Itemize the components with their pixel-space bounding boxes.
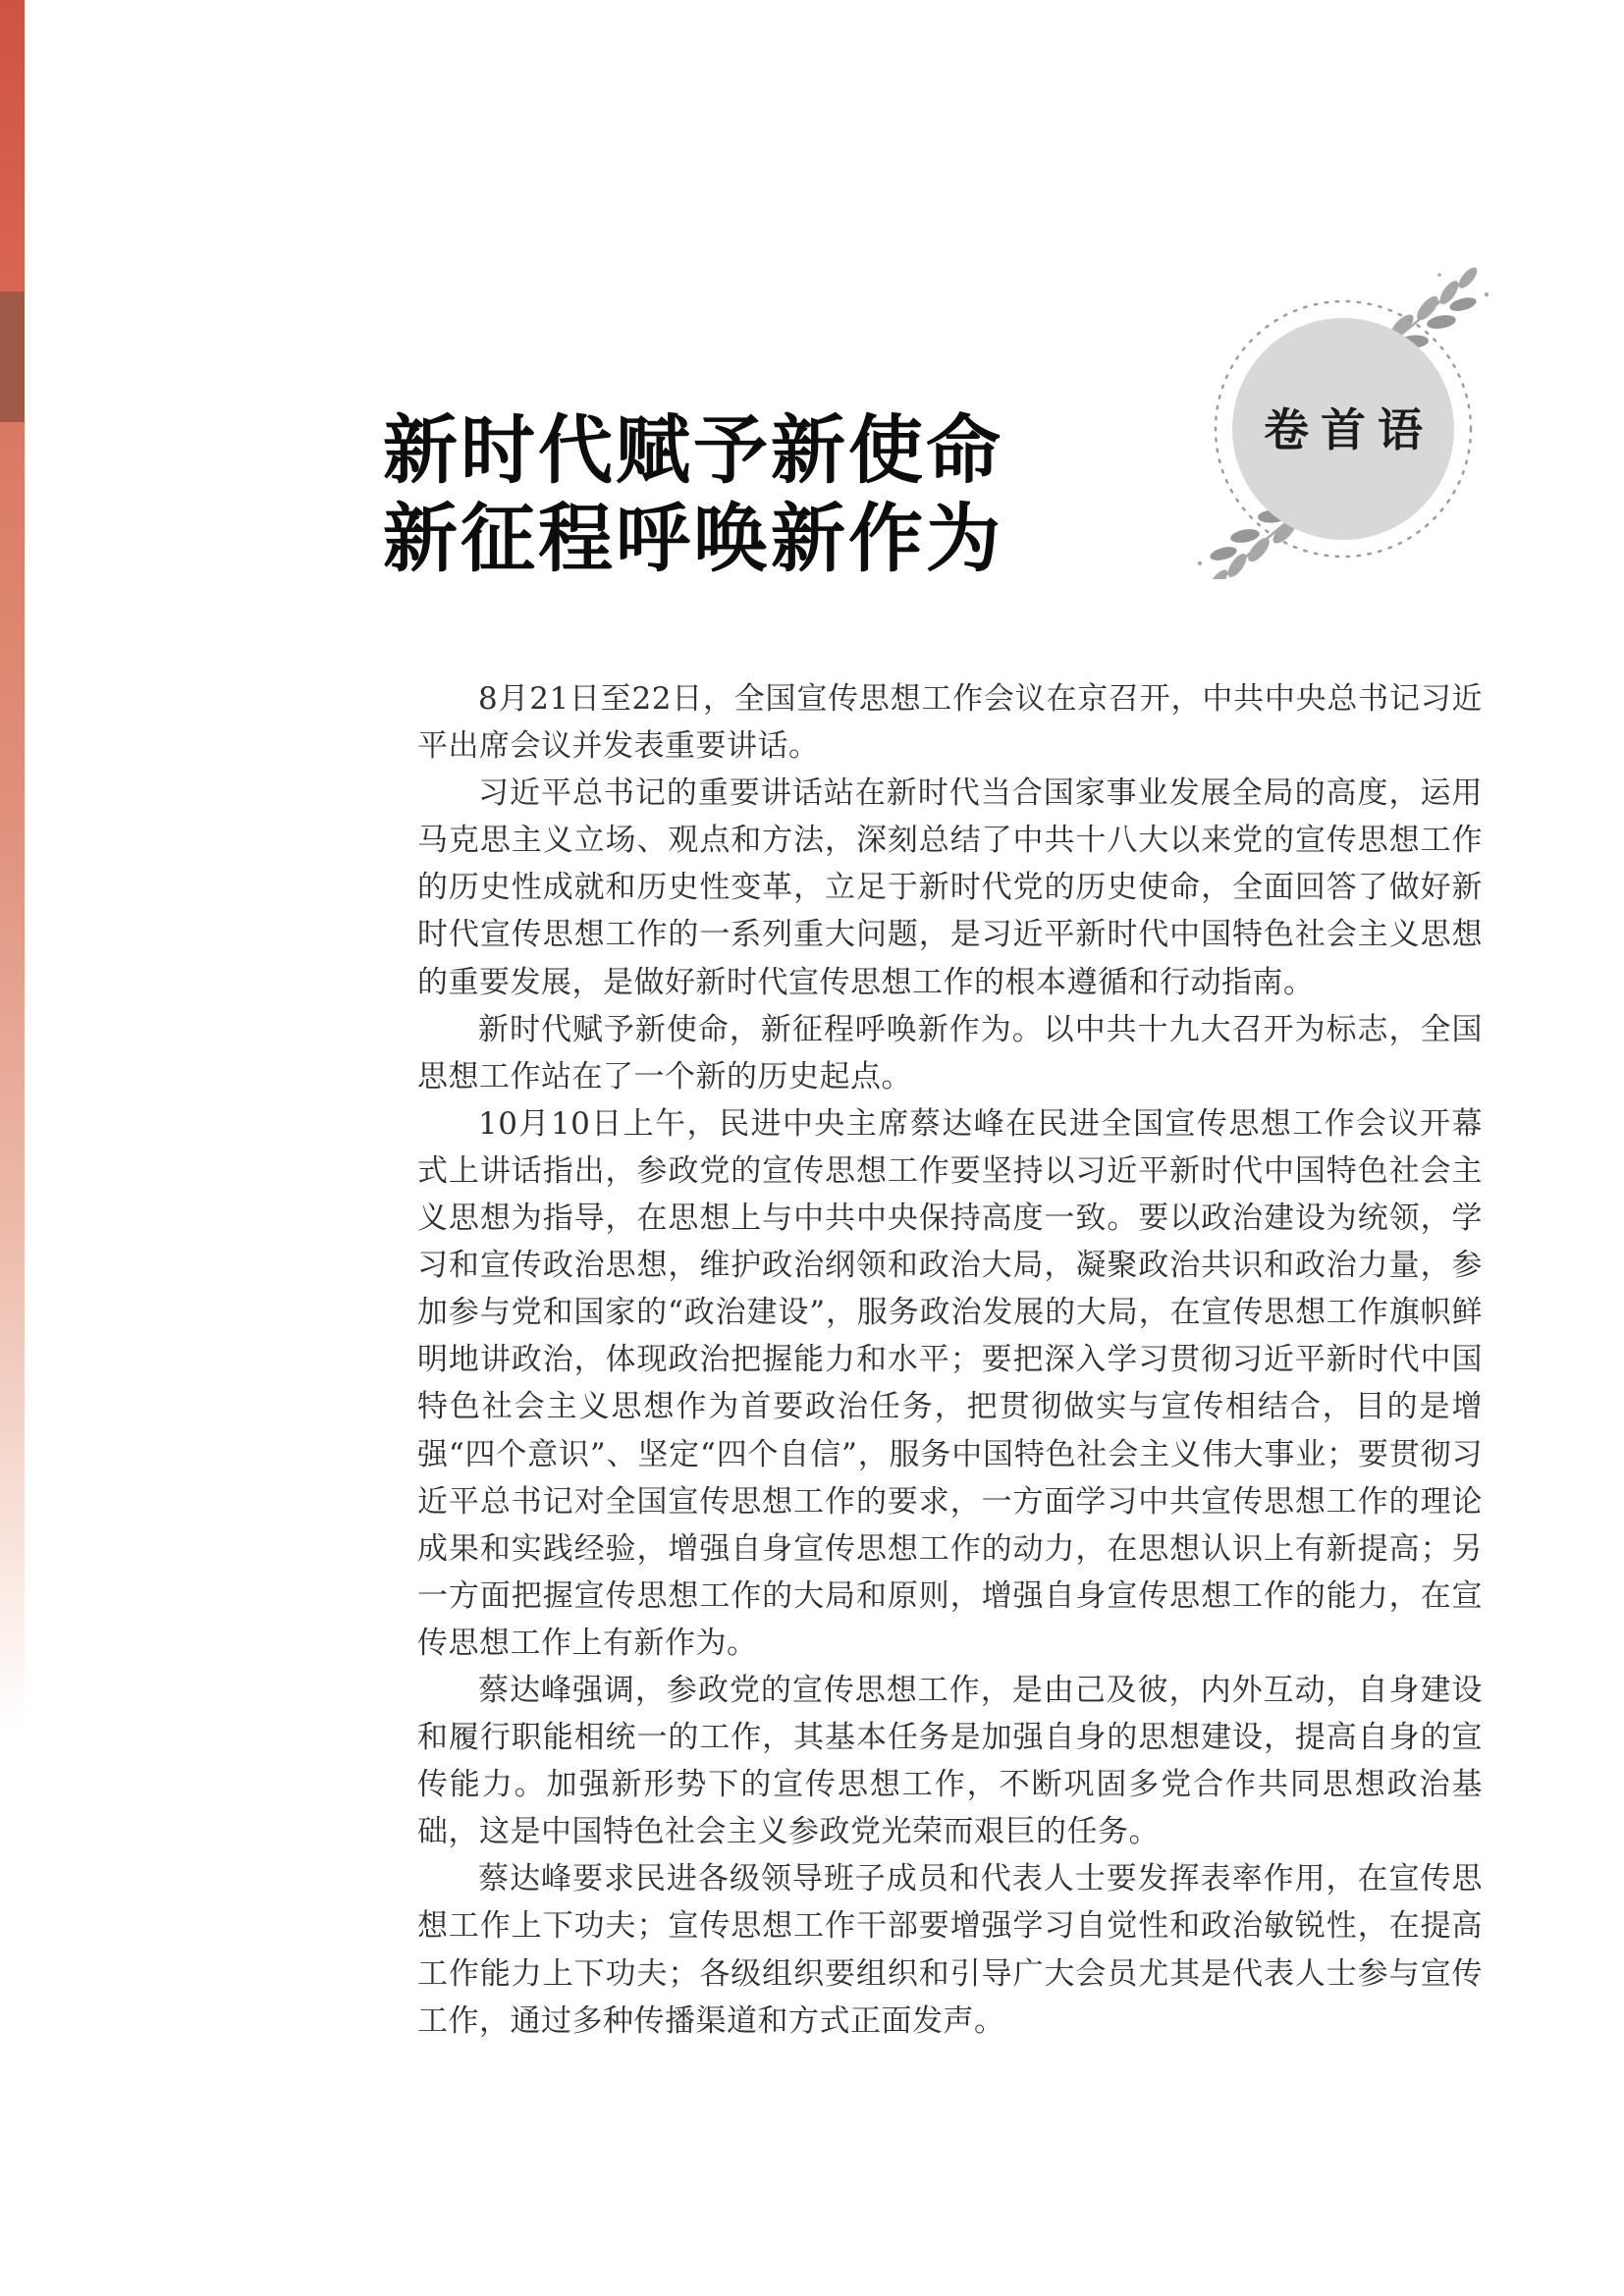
strip-segment-dark [0, 292, 25, 422]
paragraph-4: 10月10日上午，民进中央主席蔡达峰在民进全国宣传思想工作会议开幕式上讲话指出，… [417, 1100, 1483, 1667]
left-accent-strip [0, 0, 25, 1728]
preface-badge: 卷首语 [1196, 265, 1510, 579]
page: 新时代赋予新使命 新征程呼唤新作为 卷首语 [0, 0, 1624, 2296]
article-body: 8月21日至22日，全国宣传思想工作会议在京召开，中共中央总书记习近平出席会议并… [417, 675, 1483, 2045]
paragraph-6: 蔡达峰要求民进各级领导班子成员和代表人士要发挥表率作用，在宣传思想工作上下功夫；… [417, 1855, 1483, 2044]
strip-segment-fade [0, 422, 25, 1728]
paragraph-2: 习近平总书记的重要讲话站在新时代当合国家事业发展全局的高度，运用马克思主义立场、… [417, 770, 1483, 1005]
paragraph-5: 蔡达峰强调，参政党的宣传思想工作，是由己及彼，内外互动，自身建设和履行职能相统一… [417, 1667, 1483, 1855]
title-line-2: 新征程呼唤新作为 [383, 495, 1003, 583]
paragraph-3: 新时代赋予新使命，新征程呼唤新作为。以中共十九大召开为标志，全国思想工作站在了一… [417, 1006, 1483, 1100]
strip-segment-top [0, 0, 25, 292]
badge-label: 卷首语 [1216, 402, 1471, 457]
title-line-1: 新时代赋予新使命 [383, 406, 1003, 495]
page-title: 新时代赋予新使命 新征程呼唤新作为 [383, 406, 1003, 583]
paragraph-1: 8月21日至22日，全国宣传思想工作会议在京召开，中共中央总书记习近平出席会议并… [417, 675, 1483, 770]
